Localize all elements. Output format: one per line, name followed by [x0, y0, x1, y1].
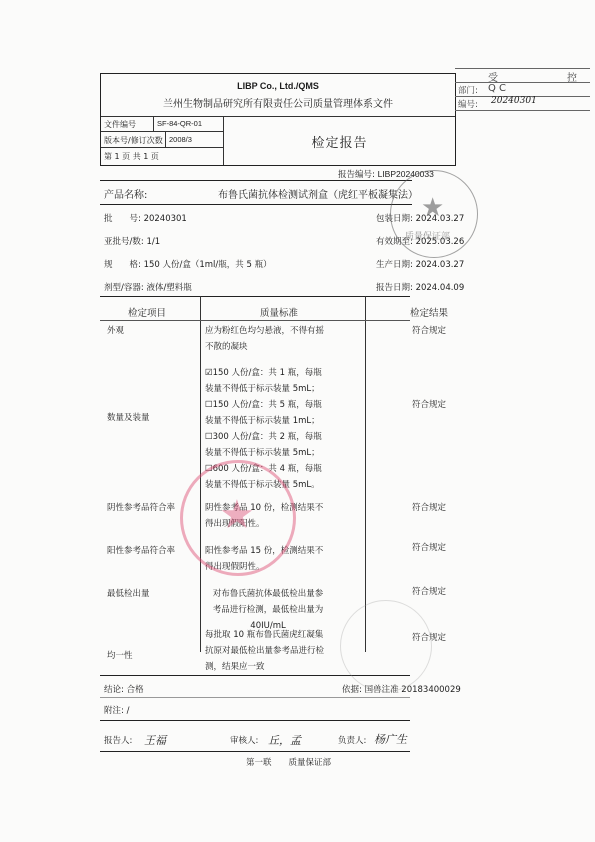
row-result-appearance: 符合规定 — [412, 323, 446, 339]
remark: 附注: / — [104, 704, 129, 716]
copy-note: 第一联 质量保证部 — [246, 756, 331, 768]
reporter-signature: 王福 — [144, 732, 166, 748]
report-date: 2024.04.09 — [416, 283, 465, 293]
field-label: 亚批号/数: — [104, 237, 144, 247]
approver-signature: 杨广生 — [374, 731, 407, 747]
field-label: 剂型/容器: — [104, 283, 144, 293]
row-item-appearance: 外观 — [107, 323, 124, 339]
version-label: 版本号/修订次数 — [104, 135, 163, 146]
row-item-positive: 阳性参考品符合率 — [107, 543, 175, 559]
version-row: 版本号/修订次数 2008/3 — [101, 132, 223, 148]
row-standard-quantity-1: ☑150 人份/盒：共 1 瓶，每瓶装量不得低于标示装量 5mL； — [205, 365, 327, 397]
row-standard-uniformity: 每批取 10 瓶布鲁氏菌虎红凝集抗原对最低检出量参考品进行检测，结果应一致 — [205, 627, 327, 675]
spec-field: 规 格: 150 人份/盒（1ml/瓶，共 5 瓶） — [104, 258, 272, 270]
specification: 150 人份/盒（1ml/瓶，共 5 瓶） — [144, 260, 272, 270]
report-date-field: 报告日期: 2024.04.09 — [376, 281, 464, 293]
col-header-result: 检定结果 — [410, 305, 448, 319]
row-result-negative: 符合规定 — [412, 500, 446, 516]
row-item-negative: 阴性参考品符合率 — [107, 500, 175, 516]
divider — [100, 751, 410, 752]
conclusion-label: 结论: — [104, 685, 124, 695]
sub-batch-field: 亚批号/数: 1/1 — [104, 235, 160, 247]
row-standard-appearance: 应为粉红色均匀悬液，不得有摇不散的凝块 — [205, 323, 327, 355]
divider — [100, 204, 412, 205]
row-result-lod: 符合规定 — [412, 584, 446, 600]
reporter-label: 报告人: — [104, 734, 132, 746]
ctrl-dept: Q C — [488, 83, 506, 94]
page-indicator: 第 1 页 共 1 页 — [104, 151, 159, 162]
star-icon: ★ — [421, 195, 444, 221]
product-label: 产品名称: — [104, 186, 147, 201]
sub-batch: 1/1 — [146, 237, 160, 247]
document-title: 检定报告 — [224, 132, 455, 151]
version: 2008/3 — [169, 135, 192, 144]
col-header-item: 检定项目 — [128, 305, 166, 319]
row-item-uniformity: 均一性 — [107, 648, 133, 664]
conclusion-value: 合格 — [127, 685, 144, 695]
col-header-standard: 质量标准 — [260, 305, 298, 319]
remark-label: 附注: — [104, 706, 124, 716]
basis-label: 依据: — [342, 685, 362, 695]
faint-stamp — [340, 600, 432, 692]
approver-label: 负责人: — [338, 734, 366, 746]
stamp-text: 质量保证部 — [405, 229, 450, 242]
reviewer-label: 审核人: — [230, 734, 258, 746]
reviewer-signature: 丘，孟 — [268, 732, 301, 748]
form-field: 剂型/容器: 液体/塑料瓶 — [104, 281, 192, 293]
row-standard-quantity-2: ☐150 人份/盒：共 5 瓶，每瓶装量不得低于标示装量 1mL； — [205, 397, 327, 429]
ctrl-no: 20240301 — [491, 96, 537, 106]
header-company: LIBP Co., Ltd./QMS 兰州生物制品研究所有限责任公司质量管理体系… — [101, 74, 455, 117]
field-label: 批 号: — [104, 214, 141, 224]
production-date-field: 生产日期: 2024.03.27 — [376, 258, 464, 270]
row-result-positive: 符合规定 — [412, 540, 446, 556]
row-result-quantity: 符合规定 — [412, 397, 446, 413]
qa-dept-stamp: ★ 质量保证部 — [390, 170, 478, 258]
controlled-copy-stamp: 受 控 部门: Q C 编号: 20240301 — [455, 68, 590, 110]
field-label: 报告日期: — [376, 283, 413, 293]
row-standard-quantity-3: ☐300 人份/盒：共 2 瓶，每瓶装量不得低于标示装量 5mL； — [205, 429, 327, 461]
divider — [100, 697, 410, 698]
dosage-form: 液体/塑料瓶 — [146, 283, 191, 293]
title-cell: 检定报告 — [223, 116, 455, 165]
batch-field: 批 号: 20240301 — [104, 212, 187, 224]
company-seal: ★ — [180, 460, 296, 576]
ctrl-dept-label: 部门: — [458, 84, 478, 96]
row-item-lod: 最低检出量 — [107, 586, 150, 602]
table-top-rule — [100, 296, 410, 297]
star-icon: ★ — [219, 495, 255, 535]
doc-number: SF-84-QR-01 — [157, 119, 202, 128]
conclusion: 结论: 合格 — [104, 683, 144, 695]
production-date: 2024.03.27 — [416, 260, 465, 270]
ctrl-no-label: 编号: — [458, 98, 478, 110]
document-header: LIBP Co., Ltd./QMS 兰州生物制品研究所有限责任公司质量管理体系… — [100, 73, 456, 166]
remark-value: / — [127, 706, 130, 716]
company-name-cn: 兰州生物制品研究所有限责任公司质量管理体系文件 — [101, 95, 455, 110]
column-divider — [365, 296, 366, 652]
page-row: 第 1 页 共 1 页 — [101, 148, 223, 164]
doc-number-row: 文件编号 SF-84-QR-01 — [101, 116, 223, 132]
document-meta: 文件编号 SF-84-QR-01 版本号/修订次数 2008/3 第 1 页 共… — [101, 116, 223, 165]
doc-number-label: 文件编号 — [104, 119, 136, 130]
product-name: 布鲁氏菌抗体检测试剂盒（虎红平板凝集法） — [218, 186, 418, 201]
header-rule — [100, 320, 410, 321]
divider — [100, 180, 412, 181]
report-number-label: 报告编号: — [338, 170, 375, 180]
field-label: 生产日期: — [376, 260, 413, 270]
company-name-en: LIBP Co., Ltd./QMS — [101, 81, 455, 91]
field-label: 规 格: — [104, 260, 141, 270]
divider — [100, 720, 410, 721]
batch-number: 20240301 — [144, 214, 187, 224]
row-item-quantity: 数量及装量 — [107, 410, 150, 426]
